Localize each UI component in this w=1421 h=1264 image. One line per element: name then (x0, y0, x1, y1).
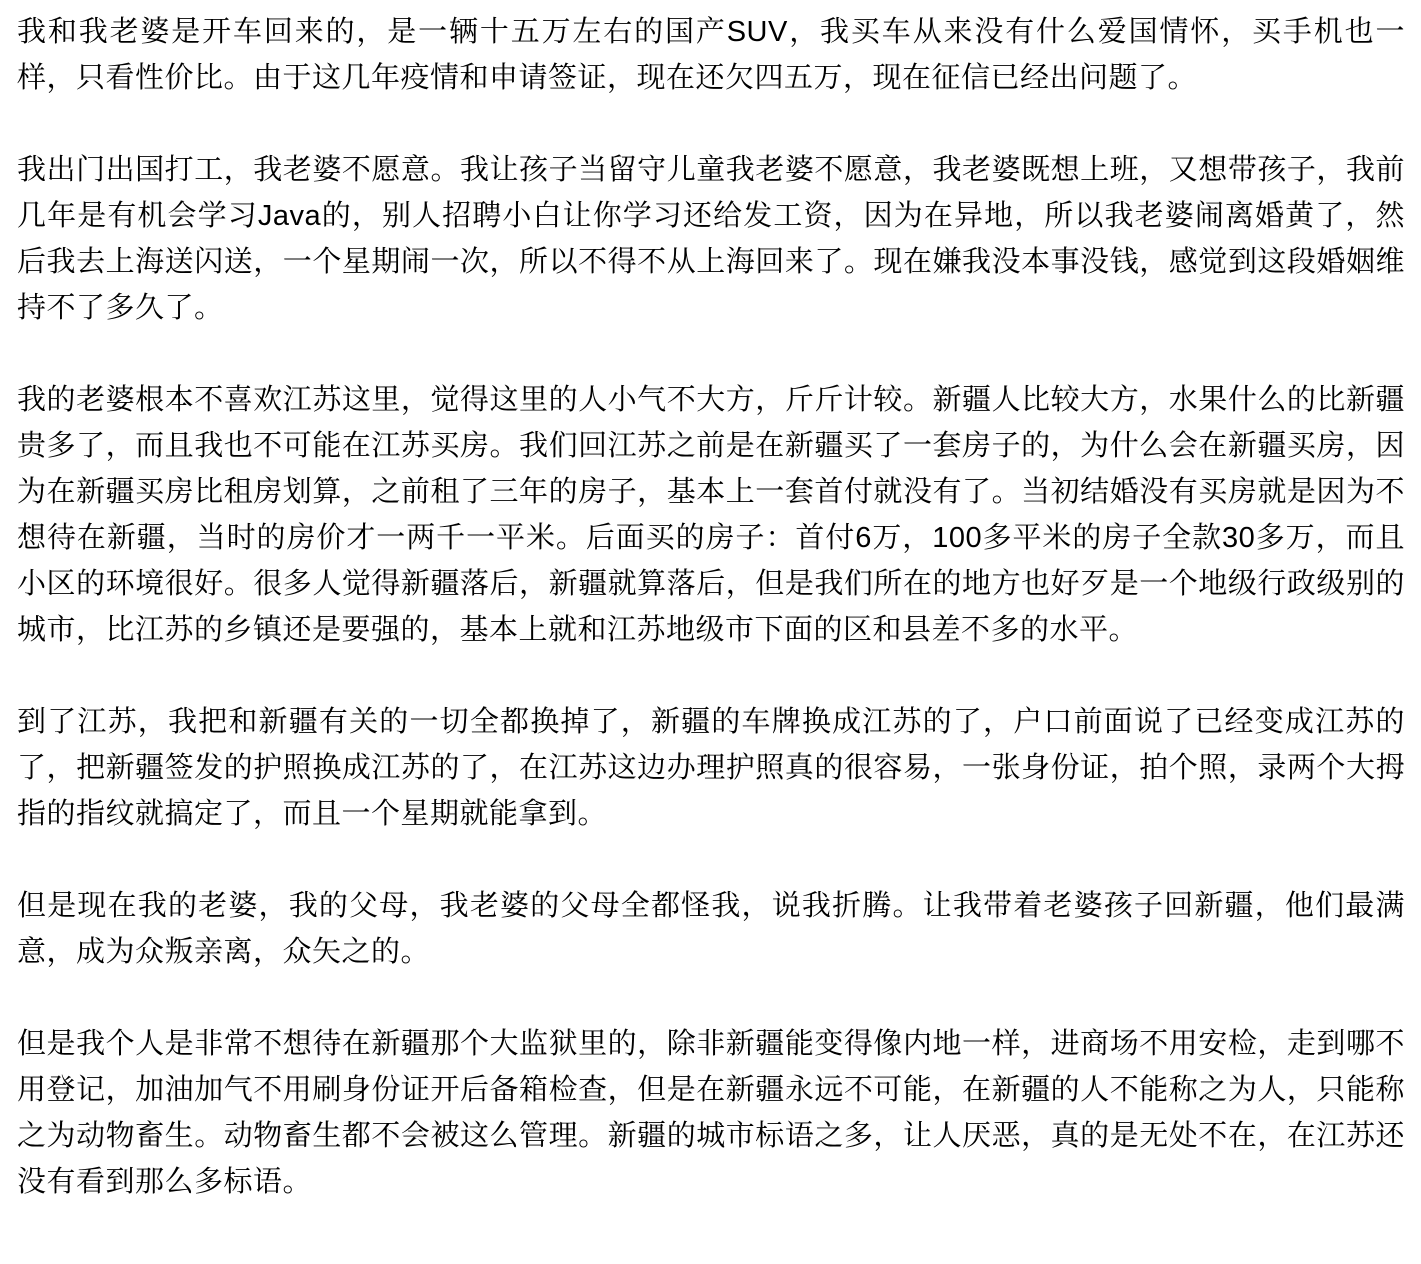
paragraph-1: 我和我老婆是开车回来的，是一辆十五万左右的国产SUV，我买车从来没有什么爱国情怀… (17, 9, 1405, 101)
paragraph-5: 但是现在我的老婆，我的父母，我老婆的父母全都怪我，说我折腾。让我带着老婆孩子回新… (17, 883, 1405, 975)
paragraph-6: 但是我个人是非常不想待在新疆那个大监狱里的，除非新疆能变得像内地一样，进商场不用… (17, 1021, 1405, 1205)
paragraph-4: 到了江苏，我把和新疆有关的一切全都换掉了，新疆的车牌换成江苏的了，户口前面说了已… (17, 699, 1405, 837)
article-body: 我和我老婆是开车回来的，是一辆十五万左右的国产SUV，我买车从来没有什么爱国情怀… (0, 0, 1421, 1205)
paragraph-3: 我的老婆根本不喜欢江苏这里，觉得这里的人小气不大方，斤斤计较。新疆人比较大方，水… (17, 377, 1405, 653)
paragraph-2: 我出门出国打工，我老婆不愿意。我让孩子当留守儿童我老婆不愿意，我老婆既想上班，又… (17, 147, 1405, 331)
